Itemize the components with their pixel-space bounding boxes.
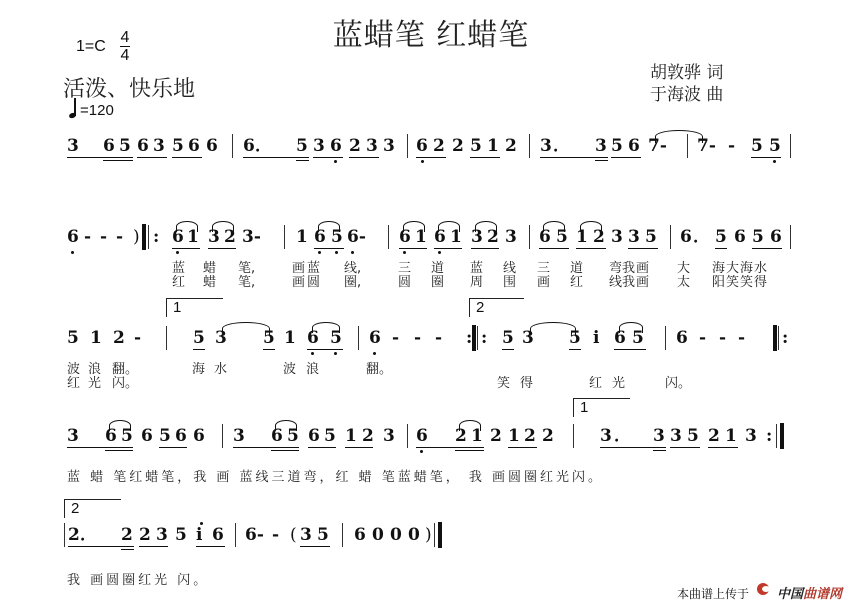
site-logo-icon	[757, 583, 769, 595]
final-barline	[438, 522, 442, 548]
barline	[573, 424, 574, 448]
barline	[670, 225, 671, 249]
tempo-marking: 活泼、快乐地	[63, 72, 195, 103]
slur	[318, 221, 340, 232]
site-logo-text[interactable]: 中国曲谱网	[777, 583, 842, 602]
barline	[687, 134, 688, 158]
slur	[312, 322, 340, 333]
upload-note: 本曲谱上传于	[677, 585, 749, 602]
barline	[388, 225, 389, 249]
volta-bracket-2: 2	[469, 298, 524, 317]
repeat-start-barline	[773, 325, 777, 351]
barline	[232, 134, 233, 158]
barline	[790, 225, 791, 249]
lyrics-line: 我 画圆圈红光 闪。	[67, 569, 209, 588]
barline	[358, 326, 359, 350]
tie	[530, 322, 576, 335]
slur	[176, 221, 198, 232]
slur	[212, 221, 234, 232]
barline	[665, 326, 666, 350]
tempo-bpm: =120	[80, 102, 114, 119]
quarter-note-head-icon	[68, 112, 76, 119]
slur	[619, 322, 643, 333]
barline	[64, 523, 65, 547]
barline	[407, 134, 408, 158]
repeat-end-start-barline	[472, 325, 476, 351]
lyrics-line: 蓝 蜡 笔红蜡笔，我 画 蓝线三道弯，红 蜡 笔蓝蜡笔， 我 画圆圈红光闪。	[67, 466, 604, 485]
volta-bracket-1: 1	[573, 398, 630, 417]
repeat-start-barline	[142, 224, 146, 250]
barline	[407, 424, 408, 448]
key-signature: 1=C	[76, 38, 106, 56]
tie	[655, 130, 703, 143]
barline	[284, 225, 285, 249]
repeat-end-barline	[780, 423, 784, 449]
volta-bracket-2: 2	[64, 499, 121, 518]
barline	[166, 326, 167, 350]
barline	[790, 134, 791, 158]
barline	[529, 134, 530, 158]
barline	[529, 225, 530, 249]
barline	[342, 523, 343, 547]
tie	[222, 322, 270, 335]
barline	[222, 424, 223, 448]
barline	[235, 523, 236, 547]
time-signature: 4 4	[120, 30, 130, 63]
volta-bracket-1: 1	[166, 298, 223, 317]
composer-credit: 于海波 曲	[650, 80, 723, 105]
